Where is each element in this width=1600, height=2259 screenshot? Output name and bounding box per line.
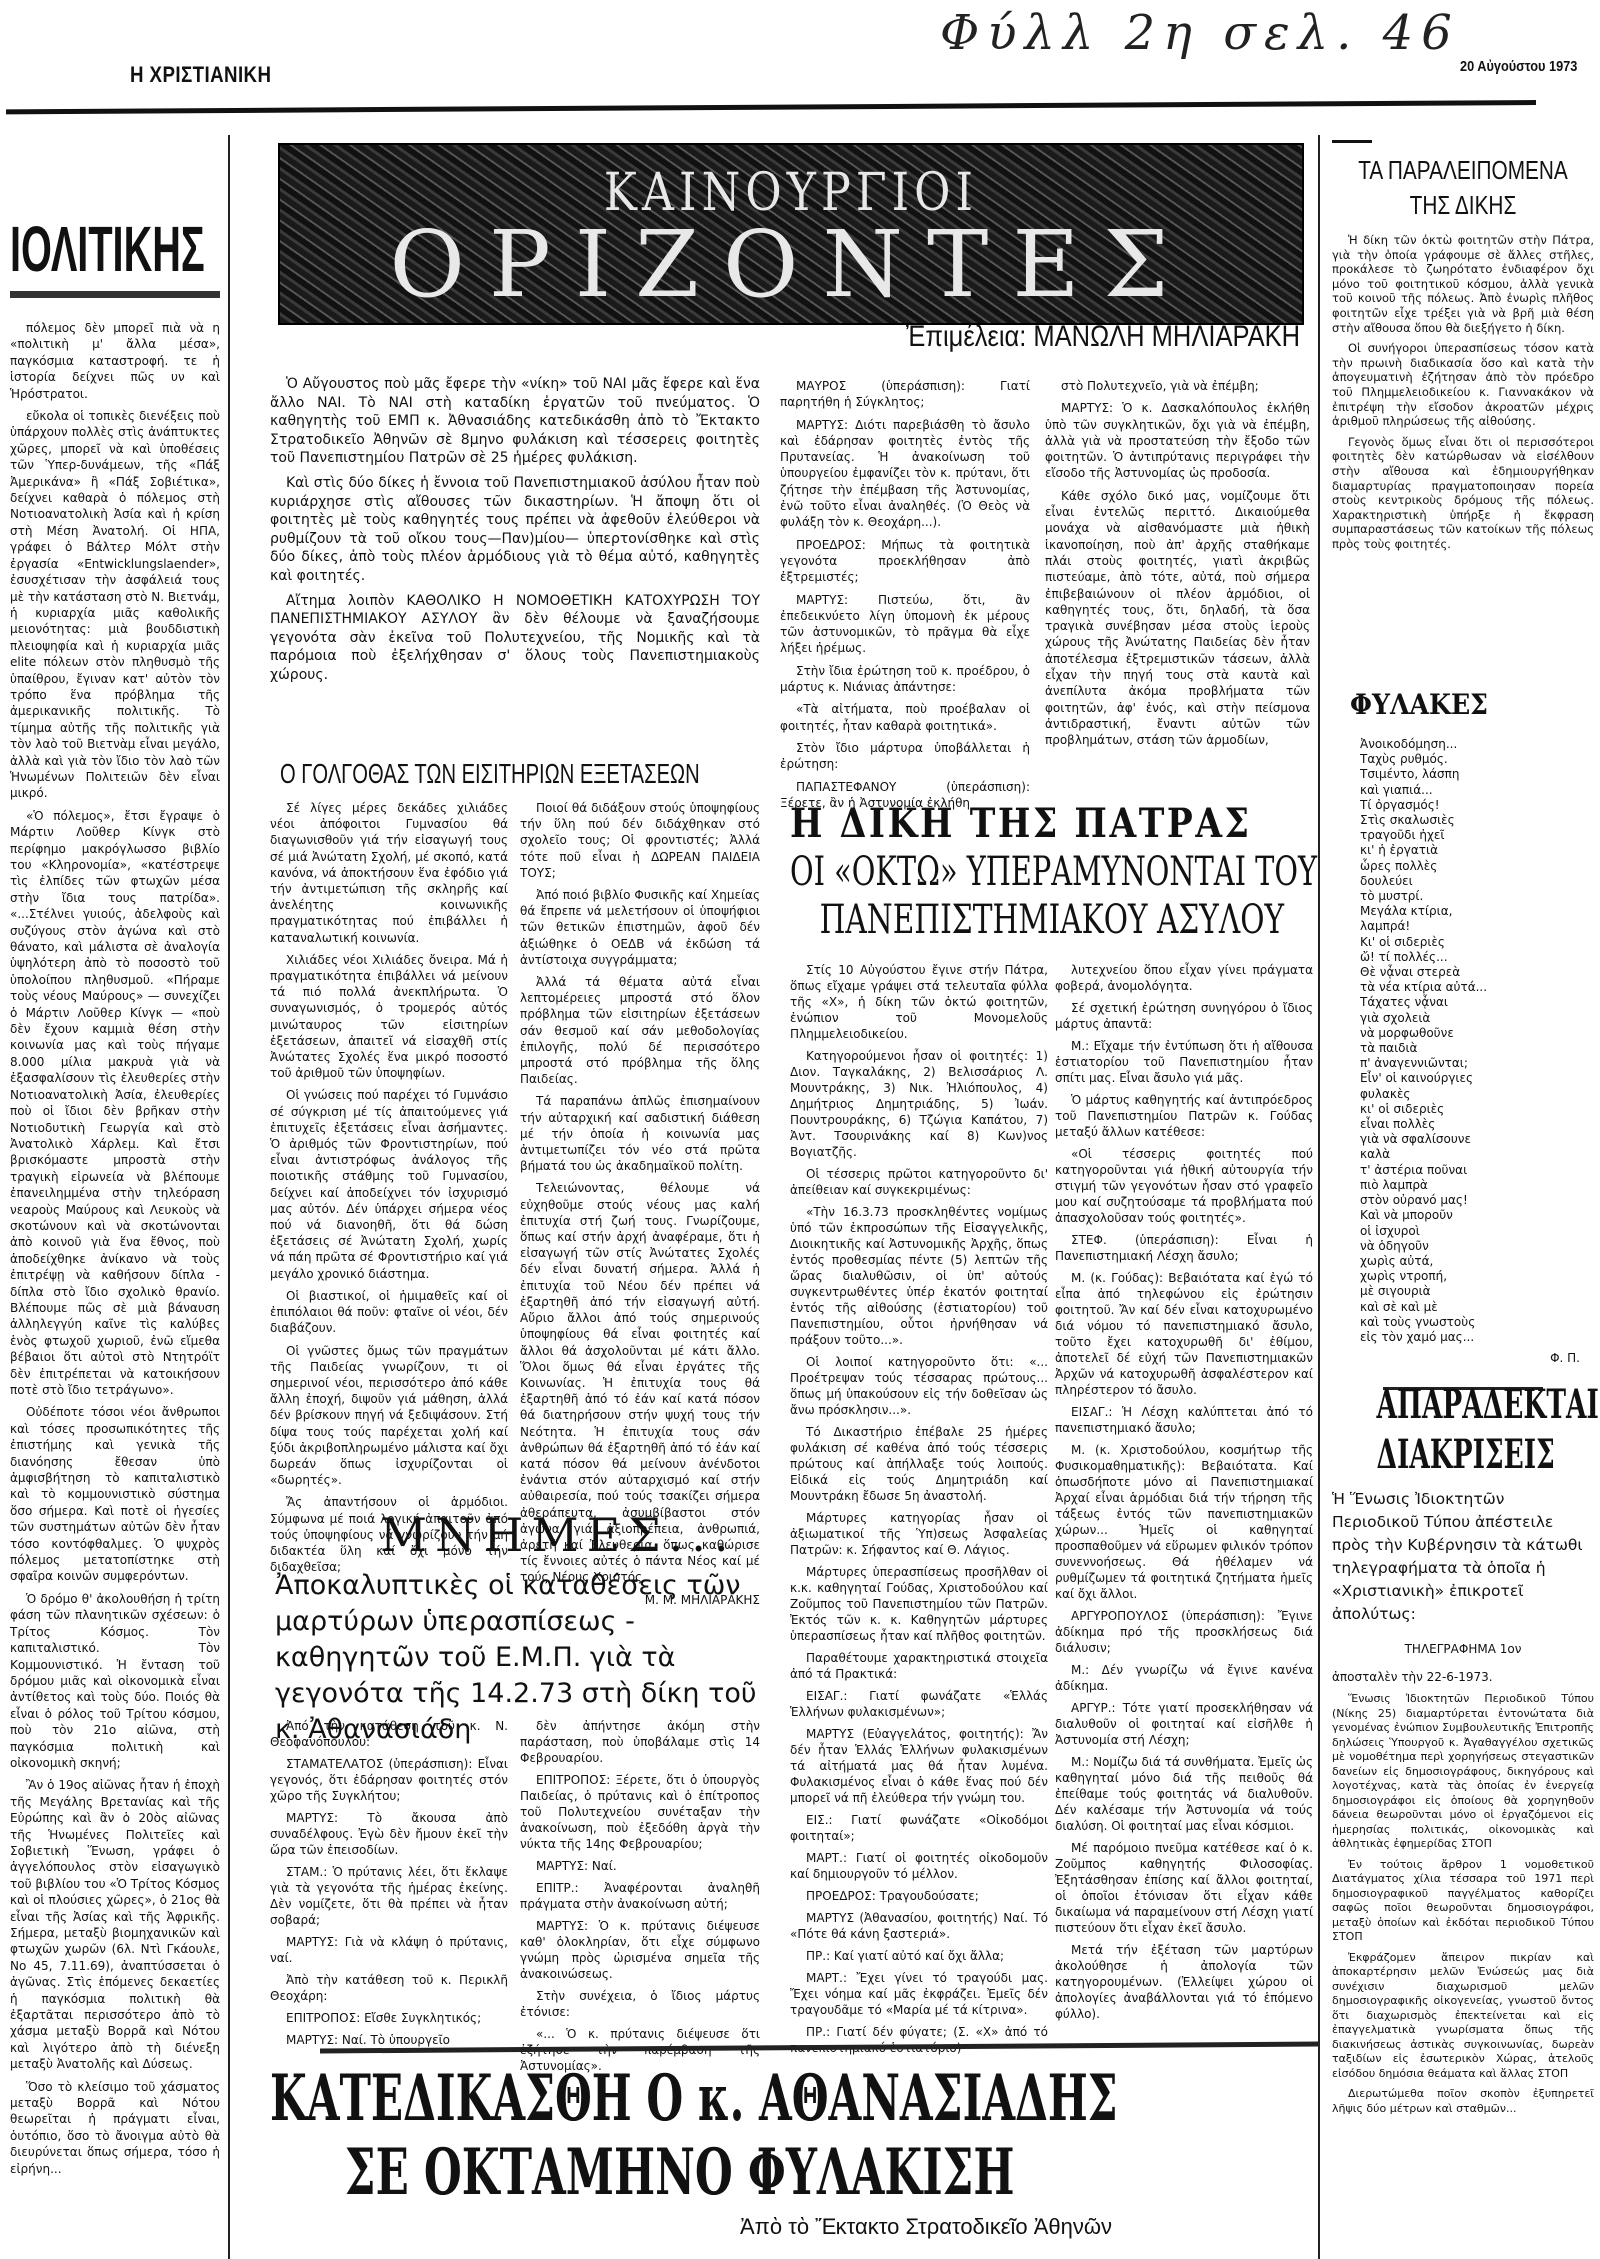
poem-line: ὧρες πολλὲς [1360,859,1594,874]
patras-col1: Στίς 10 Αὐγούστου ἔγινε στήν Πάτρα, ὅπως… [790,962,1048,2062]
paragraph: Οὐδέποτε τόσοι νέοι ἄνθρωποι καὶ τόσες π… [10,1404,220,1584]
poem-line: γιὰ νὰ σφαλίσουνε [1360,1132,1594,1147]
poem-line: γιὰ σχολειὰ [1360,1011,1594,1026]
poem-signature: Φ. Π. [1332,1351,1594,1365]
poem-line: Θὲ νᾆναι στερεὰ [1360,965,1594,980]
paragraph: Ὅσο τὸ κλείσιμο τοῦ χάσματος μεταξὺ Βορρ… [10,2079,220,2177]
paragraph: ΠΡ.: Καί γιατί αὐτό καί ὄχι ἄλλα; [790,1948,1048,1964]
paragraph: Οἱ λοιποί κατηγοροῦντο ὅτι: «... Προέτρε… [790,1354,1048,1418]
paragraph: ΣΤΑΜΑΤΕΛΑΤΟΣ (ὑπεράσπιση): Εἶναι γεγονός… [270,1756,508,1804]
mnimes-col1: Ἀπό τὴν κατάθεση τοῦ κ. Ν. Θεοφανόπουλου… [270,1718,508,2054]
testimony-col1: ΜΑΥΡΟΣ (ὑπεράσπιση): Γιατί παρητήθη ἡ Σύ… [780,378,1030,817]
paragraph: ΜΑΡΤΥΣ: Ναί. Τὸ ὑπουργεῖο [270,2032,508,2048]
paragraph: εὔκολα οἱ τοπικὲς διενέξεις ποὺ ὑπάρχουν… [10,408,220,802]
paragraph: Οἱ γνῶστες ὅμως τῶν πραγμάτων τῆς Παιδεί… [270,1343,508,1489]
banner-title-line2: ΟΡΙΖΟΝΤΕΣ [280,215,1302,315]
paragraph: ΜΑΡΤΥΣ (Ἀθανασίου, φοιτητής) Ναί. Τό «Πό… [790,1910,1048,1942]
exams-article-heading: Ο ΓΟΛΓΟΘΑΣ ΤΩΝ ΕΙΣΙΤΗΡΙΩΝ ΕΞΕΤΑΣΕΩΝ [280,758,626,790]
paragraph: Ἕνωσις Ἰδιοκτητῶν Περιοδικοῦ Τύπου (Νίκη… [1332,1692,1594,1852]
poem-line: κι' οἱ σιδεριὲς [1360,1102,1594,1117]
exams-article-col2: Ποιοί θά διδάξουν στούς ὑποψηφίους τήν ὕ… [520,800,760,1608]
paragraph: «Τὴν 16.3.73 προσκληθέντες νομίμως ὑπό τ… [790,1204,1048,1348]
paragraph: Ἐκφράζομεν ἄπειρον πικρίαν καὶ ἀποκαρτέρ… [1332,1951,1594,2082]
paragraph: Κάθε σχόλο δικό μας, νομίζουμε ὅτι εἶναι… [1045,488,1310,749]
patras-col2: λυτεχνείου ὅπου εἶχαν γίνει πράγματα φοβ… [1055,962,1313,2028]
poem-line: τραγοῦδι ἠχεῖ [1360,828,1594,843]
poem-line: Μεγάλα κτίρια, [1360,904,1594,919]
feature-banner: ΚΑΙΝΟΥΡΓΙΟΙ ΟΡΙΖΟΝΤΕΣ [278,143,1304,325]
paragraph: ΜΑΡΤΥΣ: Ὁ κ. πρύτανις διέψευσε καθ' ὁλοκ… [520,1918,760,1982]
paraleipomena-heading-line2: ΤΗΣ ΔΙΚΗΣ [1358,187,1568,223]
diakriseis-section: ΑΠΑΡΑΔΕΚΤΑΙ ΔΙΑΚΡΙΣΕΙΣ Ἡ Ἕνωσις Ἰδιοκτητ… [1332,1380,1594,2122]
telegram-label: ΤΗΛΕΓΡΑΦΗΜΑ 1ον [1332,1642,1594,1656]
poem-line: τὸ μυστρί. [1360,889,1594,904]
poem-line: τὰ παιδιὰ [1360,1041,1594,1056]
paragraph: Στὴν συνέχεια, ὁ ἴδιος μάρτυς ἐτόνισε: [520,1988,760,2020]
diakriseis-heading-line2: ΔΙΑΚΡΙΣΕΙΣ [1377,1430,1550,1480]
poem-line: Ἀνοικοδόμηση... [1360,737,1594,752]
paragraph: Ὁ μάρτυς καθηγητής καί ἀντιπρόεδρος τοῦ … [1055,1092,1313,1140]
telegram-body: Ἕνωσις Ἰδιοκτητῶν Περιοδικοῦ Τύπου (Νίκη… [1332,1692,1594,2116]
paragraph: λυτεχνείου ὅπου εἶχαν γίνει πράγματα φοβ… [1055,962,1313,994]
telegram-date: ἀποσταλὲν τὴν 22-6-1973. [1332,1670,1594,1684]
poem-body: Ἀνοικοδόμηση...Ταχὺς ρυθμός.Τσιμέντο, λά… [1332,737,1594,1345]
patras-headline: Η ΔΙΚΗ ΤΗΣ ΠΑΤΡΑΣ ΟΙ «ΟΚΤΩ» ΥΠΕΡΑΜΥΝΟΝΤΑ… [790,800,1330,944]
paragraph: Στίς 10 Αὐγούστου ἔγινε στήν Πάτρα, ὅπως… [790,962,1048,1042]
poem-line: φυλακὲς [1360,1087,1594,1102]
paragraph: ΠΡΟΕΔΡΟΣ: Τραγουδούσατε; [790,1888,1048,1904]
heading-rule [10,291,220,298]
paragraph: Κατηγορούμενοι ἦσαν οἱ φοιτητές: 1) Διον… [790,1048,1048,1160]
poem-line: καὶ σὲ καὶ μὲ [1360,1300,1594,1315]
paragraph: ΑΡΓΥΡ.: Τότε γιατί προσεκλήθησαν νά διαλ… [1055,1700,1313,1748]
paragraph: ΕΠΙΤΡ.: Ἀναφέρονται ἀναληθῆ πράγματα στὴ… [520,1880,760,1912]
paragraph: Ἂν ὁ 19ος αἰῶνας ἦταν ἡ ἐποχὴ τῆς Μεγάλη… [10,1777,220,2072]
left-column-body: πόλεμος δὲν μπορεῖ πιὰ νὰ η «πολιτικὴ μ'… [10,320,220,2177]
paragraph: ΕΙΣΑΓ.: Γιατί φωνάζατε «Ἑλλάς Ἑλλήνων φυ… [790,1688,1048,1720]
paragraph: Σέ σχετική ἐρώτηση συνηγόρου ὁ ἴδιος μάρ… [1055,1000,1313,1032]
bottom-headline-deck: Ἀπὸ τὸ Ἔκτακτο Στρατοδικεῖο Ἀθηνῶν [270,2214,1320,2240]
poem-line: καὶ τοὺς γνωστοὺς [1360,1315,1594,1330]
poem-line: Τσιμέντο, λάσπη [1360,767,1594,782]
paragraph: ΕΠΙΤΡΟΠΟΣ: Εἴσθε Συγκλητικός; [270,2010,508,2026]
paragraph: Μ.: Δέν γνωρίζω νά ἔγινε κανένα ἀδίκημα. [1055,1662,1313,1694]
paragraph: Ἐν τούτοις ἄρθρον 1 νομοθετικοῦ Διατάγμα… [1332,1858,1594,1945]
paragraph: ΜΑΥΡΟΣ (ὑπεράσπιση): Γιατί παρητήθη ἡ Σύ… [780,378,1030,411]
poem-line: Στὶς σκαλωσιὲς [1360,813,1594,828]
paragraph: Αἴτημα λοιπὸν ΚΑΘΟΛΙΚΟ Η ΝΟΜΟΘΕΤΙΚΗ ΚΑΤΟ… [270,592,760,685]
poem-line: χωρὶς ντροπή, [1360,1269,1594,1284]
paragraph: ΠΡΟΕΔΡΟΣ: Μήπως τὰ φοιτητικὰ γεγονότα πρ… [780,537,1030,586]
paragraph: Οἱ συνήγοροι ὑπερασπίσεως τόσον κατὰ τὴν… [1332,341,1594,429]
poem-line: μὲ σιγουριὰ [1360,1284,1594,1299]
poem-line: στὸν οὐρανό μας! [1360,1193,1594,1208]
paragraph: δὲν ἀπήντησε ἀκόμη στὴν παράσταση, ποὺ ὑ… [520,1718,760,1766]
paragraph: ΜΑΡΤΥΣ: Διότι παρεβιάσθη τὸ ἄσυλο καὶ ἐδ… [780,417,1030,531]
paragraph: Χιλιάδες νέοι Χιλιάδες ὄνειρα. Μά ἡ πραγ… [270,952,508,1082]
paragraph: Ὁ Αὔγουστος ποὺ μᾶς ἔφερε τὴν «νίκη» τοῦ… [270,375,760,468]
paraleipomena-body: Ἡ δίκη τῶν ὀκτὼ φοιτητῶν στὴν Πάτρα, γιὰ… [1332,233,1594,551]
paragraph: στὸ Πολυτεχνεῖο, γιὰ νὰ ἐπέμβη; [1045,378,1310,394]
issue-date: 20 Αὐγούστου 1973 [1460,58,1577,75]
paragraph: ΜΑΡΤ.: Ἔχει γίνει τό τραγούδι μας. Ἔχει … [790,1970,1048,2018]
editor-byline: Ἐπιμέλεια: ΜΑΝΩΛΗ ΜΗΛΙΑΡΑΚΗ [790,320,1300,354]
poem-line: ὤ! τί πολλές... [1360,950,1594,965]
paragraph: Οἱ τέσσερις πρῶτοι κατηγοροῦντο δι' ἀπεί… [790,1166,1048,1198]
poem-line: καλὰ [1360,1147,1594,1162]
paragraph: Παραθέτουμε χαρακτηριστικά στοιχεῖα ἀπό … [790,1650,1048,1682]
paragraph: Στὸν ἴδιο μάρτυρα ὑποβάλλεται ἡ ἐρώτηση: [780,740,1030,773]
paragraph: Μάρτυρες κατηγορίας ἦσαν οἱ ἀξιωματικοί … [790,1510,1048,1558]
paragraph: Μάρτυρες ὑπερασπίσεως προσῆλθαν οἱ κ.κ. … [790,1564,1048,1644]
poem-line: εἶναι πολλὲς [1360,1117,1594,1132]
handwritten-archive-note: Φύλλ 2η σελ. 46 [940,5,1460,61]
newspaper-masthead: Η ΧΡΙΣΤΙΑΝΙΚΗ [130,62,271,88]
paragraph: πόλεμος δὲν μπορεῖ πιὰ νὰ η «πολιτικὴ μ'… [10,320,220,402]
patras-headline-line1: Η ΔΙΚΗ ΤΗΣ ΠΑΤΡΑΣ [790,800,1254,848]
paragraph: «Ὁ πόλεμος», ἔτσι ἔγραψε ὁ Μάρτιν Λοῦθερ… [10,808,220,1399]
column-divider-left [228,135,230,2259]
poem-line: πιὸ λαμπρὰ [1360,1178,1594,1193]
poem-line: χωρὶς αὐτά, [1360,1254,1594,1269]
poem-line: οἱ ἰσχυροὶ [1360,1224,1594,1239]
paragraph: Μετά τήν ἐξέταση τῶν μαρτύρων ἀκολούθησε… [1055,1942,1313,2022]
paragraph: ΜΑΡΤΥΣ (Εὐαγγελάτος, φοιτητής): Ἄν δέν ἦ… [790,1726,1048,1806]
mnimes-col2: δὲν ἀπήντησε ἀκόμη στὴν παράσταση, ποὺ ὑ… [520,1718,760,2080]
paragraph: «Οἱ τέσσερις φοιτητές πού κατηγοροῦνται … [1055,1146,1313,1226]
paragraph: Ποιοί θά διδάξουν στούς ὑποψηφίους τήν ὕ… [520,800,760,881]
poem-line: τὰ νέα κτίρια αὐτά... [1360,980,1594,995]
poem-line: π' ἀναγεννιῶνται; [1360,1056,1594,1071]
poem-line: λαμπρά! [1360,919,1594,934]
paragraph: Μ.: Εἴχαμε τήν ἐντύπωση ὅτι ἡ αἴθουσα ἑσ… [1055,1038,1313,1086]
left-column-heading: ΙΟΛΙΤΙΚΗΣ [10,215,140,283]
poem-line: νὰ ὁδηγοῦν [1360,1239,1594,1254]
paragraph: ΜΑΡΤΥΣ: Ναί. [520,1858,760,1874]
intro-article: Ὁ Αὔγουστος ποὺ μᾶς ἔφερε τὴν «νίκη» τοῦ… [270,375,760,691]
poem-line: δουλεύει [1360,874,1594,889]
poem-line: καὶ γιαπιά... [1360,783,1594,798]
left-column: ΙΟΛΙΤΙΚΗΣ πόλεμος δὲν μπορεῖ πιὰ νὰ η «π… [10,215,220,2183]
paragraph: ΜΑΡΤ.: Γιατί οἱ φοιτητές οἰκοδομοῦν καί … [790,1850,1048,1882]
paragraph: ΜΑΡΤΥΣ: Ὁ κ. Δασκαλόπουλος ἐκλήθη ὑπὸ τῶ… [1045,400,1310,481]
patras-headline-line3: ΠΑΝΕΠΙΣΤΗΜΙΑΚΟΥ ΑΣΥΛΟΥ [790,896,1190,944]
paragraph: Μ. (κ. Χριστοδούλου, κοσμήτωρ τῆς Φυσικο… [1055,1442,1313,1602]
paragraph: Στὴν ἴδια ἐρώτηση τοῦ κ. προέδρου, ὁ μάρ… [780,663,1030,696]
paragraph: «Τὰ αἰτήματα, ποὺ προέβαλαν οἱ φοιτητές,… [780,701,1030,734]
bottom-headline: ΚΑΤΕΔΙΚΑΣΘΗ Ο κ. ΑΘΑΝΑΣΙΑΔΗΣ ΣΕ ΟΚΤΑΜΗΝΟ… [270,2062,1320,2240]
paragraph: Γεγονὸς ὅμως εἶναι ὅτι οἱ περισσότεροι φ… [1332,435,1594,552]
paragraph: Ἡ δίκη τῶν ὀκτὼ φοιτητῶν στὴν Πάτρα, γιὰ… [1332,233,1594,335]
paragraph: Οἱ γνώσεις πού παρέχει τό Γυμνάσιο σέ σύ… [270,1087,508,1281]
exams-article-col1: Σέ λίγες μέρες δεκάδες χιλιάδες νέοι ἀπό… [270,800,508,1581]
paragraph: Ἀπό ποιό βιβλίο Φυσικῆς καί Χημείας θά ἔ… [520,887,760,968]
paragraph: ΕΙΣΑΓ.: Ἡ Λέσχη καλύπτεται ἀπό τό πανεπι… [1055,1404,1313,1436]
paraleipomena-heading-line1: ΤΑ ΠΑΡΑΛΕΙΠΟΜΕΝΑ [1358,153,1568,187]
poem-line: κι' ἡ ἐργατιὰ [1360,843,1594,858]
paragraph: ΕΠΙΤΡΟΠΟΣ: Ξέρετε, ὅτι ὁ ὑπουργὸς Παιδεί… [520,1772,760,1852]
paragraph: ΕΙΣ.: Γιατί φωνάζατε «Οἰκοδόμοι φοιτηταί… [790,1812,1048,1844]
masthead-rule [6,100,1536,114]
paragraph: Οἱ βιαστικοί, οἱ ἡμιμαθεῖς καί οἱ ἐπιπόλ… [270,1288,508,1337]
poem-line: Τί ὀργασμός! [1360,798,1594,813]
paragraph: ΜΑΡΤΥΣ: Πιστεύω, ὅτι, ἂν ἐπεδεικνύετο λί… [780,592,1030,657]
corner-rule [1332,140,1372,143]
paragraph: Ἀπὸ τὴν κατάθεση τοῦ κ. Περικλῆ Θεοχάρη: [270,1972,508,2004]
patras-headline-line2: ΟΙ «ΟΚΤΩ» ΥΠΕΡΑΜΥΝΟΝΤΑΙ ΤΟΥ [790,848,1179,896]
poem-section: ΦΥΛΑΚΕΣ Ἀνοικοδόμηση...Ταχὺς ρυθμός.Τσιμ… [1332,688,1594,1390]
paragraph: Διερωτώμεθα ποῖον σκοπὸν ἐξυπηρετεῖ λῆψι… [1332,2087,1594,2116]
paragraph: ΠΡ.: Γιατί δέν φύγατε; (Σ. «Χ» ἀπό τό πα… [790,2024,1048,2056]
poem-line: νὰ μορφωθοῦνε [1360,1026,1594,1041]
paragraph: Μέ παρόμοιο πνεῦμα κατέθεσε καί ὁ κ. Ζοῦ… [1055,1840,1313,1936]
poem-line: Κι' οἱ σιδεριὲς [1360,935,1594,950]
paragraph: ΣΤΕΦ. (ὑπεράσπιση): Εἶναι ἡ Πανεπιστημια… [1055,1232,1313,1264]
paragraph: Τά παραπάνω ἁπλῶς ἐπισημαίνουν τήν αὐταρ… [520,1093,760,1174]
poem-title: ΦΥΛΑΚΕΣ [1332,688,1568,721]
poem-line: τ' ἀστέρια ποῦναι [1360,1163,1594,1178]
poem-line: εἰς τὸν χαμό μας... [1360,1330,1594,1345]
testimony-col2: στὸ Πολυτεχνεῖο, γιὰ νὰ ἐπέμβη; ΜΑΡΤΥΣ: … [1045,378,1310,755]
paragraph: Μ.: Νομίζω διά τά συνθήματα. Ἐμεῖς ὡς κα… [1055,1754,1313,1834]
paragraph: Τό Δικαστήριο ἐπέβαλε 25 ἡμέρες φυλάκιση… [790,1424,1048,1504]
paragraph: ΜΑΡΤΥΣ: Τὸ ἄκουσα ἀπὸ συναδέλφους. Ἐγὼ δ… [270,1810,508,1858]
mnimes-heading: ΜΝΗΜΕΣ... [380,1508,760,1562]
paragraph: Ὁ δρόμο θ' ἀκολουθήση ἡ τρίτη φάση τῶν π… [10,1591,220,1771]
bottom-headline-line1: ΚΑΤΕΔΙΚΑΣΘΗ Ο κ. ΑΘΑΝΑΣΙΑΔΗΣ [270,2062,963,2136]
paragraph: Μ. (κ. Γούδας): Βεβαιότατα καί ἐγώ τό εἶ… [1055,1270,1313,1398]
diakriseis-lead: Ἡ Ἕνωσις Ἰδιοκτητῶν Περιοδικοῦ Τύπου ἀπέ… [1332,1488,1594,1626]
poem-line: Ταχὺς ρυθμός. [1360,752,1594,767]
paragraph: Καὶ στὶς δύο δίκες ἡ ἔννοια τοῦ Πανεπιστ… [270,474,760,586]
paragraph: Σέ λίγες μέρες δεκάδες χιλιάδες νέοι ἀπό… [270,800,508,946]
poem-line: Καὶ νὰ μποροῦν [1360,1208,1594,1223]
column-divider-right [1318,135,1320,2259]
paragraph: ΣΤΑΜ.: Ὁ πρύτανις λέει, ὅτι ἔκλαψε γιὰ τ… [270,1864,508,1928]
paragraph: Ἀλλά τά θέματα αὐτά εἶναι λεπτομέρειες μ… [520,974,760,1087]
right-column: ΤΑ ΠΑΡΑΛΕΙΠΟΜΕΝΑ ΤΗΣ ΔΙΚΗΣ Ἡ δίκη τῶν ὀκ… [1332,140,1594,557]
diakriseis-heading-line1: ΑΠΑΡΑΔΕΚΤΑΙ [1377,1380,1550,1430]
bottom-headline-line2: ΣΕ ΟΚΤΑΜΗΝΟ ΦΥΛΑΚΙΣΗ [270,2136,984,2210]
paragraph: ΜΑΡΤΥΣ: Γιὰ νὰ κλάψη ὁ πρύτανις, ναί. [270,1934,508,1966]
poem-line: Τάχατες νᾆναι [1360,995,1594,1010]
poem-line: Εἶν' οἱ καινούργιες [1360,1071,1594,1086]
paragraph: Ἀπό τὴν κατάθεση τοῦ κ. Ν. Θεοφανόπουλου… [270,1718,508,1750]
paragraph: ΑΡΓΥΡΟΠΟΥΛΟΣ (ὑπεράσπιση): Ἔγινε ἀδίκημα… [1055,1608,1313,1656]
